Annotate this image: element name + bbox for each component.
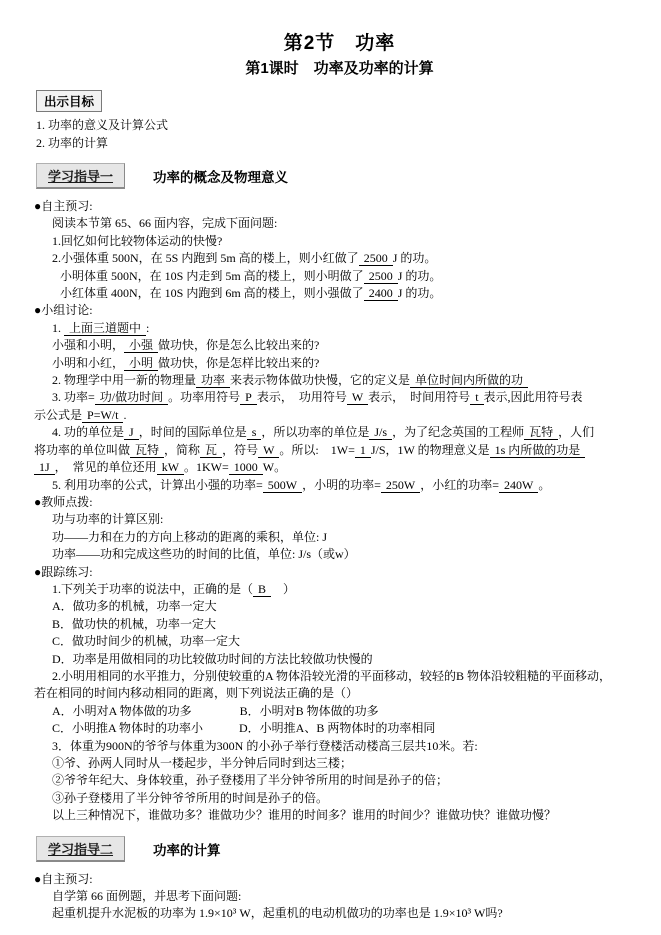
text-line: 4. 功的单位是J，时间的国际单位是s，所以功率的单位是J/s，为了纪念英国的工… [34, 424, 645, 441]
text-line: 若在相同的时间内移动相同的距离，则下列说法正确的是（） [34, 685, 645, 702]
blank-answer: 小明 [124, 356, 158, 371]
text-segment: ，为了纪念英国的工程师 [392, 425, 524, 439]
text-segment: : [146, 321, 149, 335]
text-line: 起重机提升水泥板的功率为 1.9×10³ W，起重机的电动机做功的功率也是 1.… [34, 905, 645, 922]
text-line: 1. 上面三道题中: [34, 320, 645, 337]
text-line: ③孙子登楼用了半分钟爷爷所用的时间是孙子的倍。 [34, 790, 645, 807]
blank-answer: 上面三道题中 [64, 321, 146, 336]
text-segment: ，时间的国际单位是 [139, 425, 247, 439]
text-segment: 3. 功率= [52, 390, 95, 404]
text-line: ②爷爷年纪大、身体较重，孙子登楼用了半分钟爷所用的时间是孙子的倍； [34, 772, 645, 789]
text-segment: 功与功率的计算区别: [52, 512, 163, 526]
text-segment: 表示， 功用符号 [257, 390, 347, 404]
text-segment: ●小组讨论: [34, 303, 93, 317]
blank-answer: 功率 [196, 373, 230, 388]
guide2-heading: 功率的计算 [153, 839, 221, 859]
goals-box-label: 出示目标 [36, 90, 102, 112]
text-segment: 1. [52, 321, 64, 335]
blank-answer: 单位时间内所做的功 [410, 373, 528, 388]
blank-answer: 小强 [124, 338, 158, 353]
text-segment: 2. 物理学中用一新的物理量 [52, 373, 196, 387]
text-line: 小强和小明，小强做功快，你是怎么比较出来的? [34, 337, 645, 354]
text-line: 小明和小红，小明做功快，你是怎样比较出来的? [34, 355, 645, 372]
page-subtitle: 第1课时 功率及功率的计算 [34, 57, 645, 78]
text-segment: 。 [538, 478, 550, 492]
text-line: 功率——功和完成这些功的时间的比值，单位: J/s（或w） [34, 546, 645, 563]
text-line: 2.小明用相同的水平推力，分别使较重的A 物体沿较光滑的平面移动，较轻的B 物体… [34, 668, 645, 685]
text-line: ●教师点拨: [34, 494, 645, 511]
text-segment: 将功率的单位叫做 [34, 443, 130, 457]
text-line: 2. 功率的计算 [36, 134, 645, 152]
blank-answer: P=W/t [82, 408, 123, 423]
text-line: ●小组讨论: [34, 302, 645, 319]
text-segment: 以上三种情况下，谁做功多？谁做功少？谁用的时间多？谁用的时间少？谁做功快？谁做功… [52, 808, 556, 822]
text-line: ●跟踪练习: [34, 564, 645, 581]
blank-answer: J/s [369, 425, 392, 440]
blank-answer: 1J [34, 460, 55, 475]
text-segment: 做功快，你是怎样比较出来的? [158, 356, 319, 370]
text-segment: ③孙子登楼用了半分钟爷爷所用的时间是孙子的倍。 [52, 791, 328, 805]
text-line: C．做功时间少的机械，功率一定大 [34, 633, 645, 650]
blank-answer: 瓦特 [524, 425, 558, 440]
blank-answer: 瓦 [200, 443, 222, 458]
text-segment: 小红体重 400N，在 10S 内跑到 6m 高的楼上，则小强做了 [60, 286, 364, 300]
guide1-box-label: 学习指导一 [36, 163, 125, 189]
text-segment: C．小明推A 物体时的功率小 D．小明推A、B 两物体时的功率相同 [52, 721, 435, 735]
text-line: 3．体重为900N的爷爷与体重为300N 的小孙子举行登楼活动楼高三层共10米。… [34, 738, 645, 755]
text-line: 自学第 66 面例题，并思考下面问题: [34, 888, 645, 905]
text-segment: ●自主预习: [34, 199, 93, 213]
text-segment: ①爷、孙两人同时从一楼起步，半分钟后同时到达三楼； [52, 756, 352, 770]
blank-answer: 2400 [364, 286, 398, 301]
text-segment: 功率——功和完成这些功的时间的比值，单位: J/s（或w） [52, 547, 356, 561]
text-segment: 4. 功的单位是 [52, 425, 124, 439]
text-segment: 示公式是 [34, 408, 82, 422]
text-segment: 2.小强体重 500N，在 5S 内跑到 5m 高的楼上，则小红做了 [52, 251, 359, 265]
text-line: C．小明推A 物体时的功率小 D．小明推A、B 两物体时的功率相同 [34, 720, 645, 737]
blank-answer: 2500 [364, 269, 398, 284]
text-line: 功——力和在力的方向上移动的距离的乘积，单位: J [34, 529, 645, 546]
text-line: 2. 物理学中用一新的物理量功率来表示物体做功快慢，它的定义是单位时间内所做的功 [34, 372, 645, 389]
text-segment: 做功快，你是怎么比较出来的? [158, 338, 319, 352]
blank-answer: W [347, 390, 368, 405]
text-line: 示公式是P=W/t. [34, 407, 645, 424]
text-segment: ，符号 [222, 443, 258, 457]
blank-answer: 2500 [359, 251, 393, 266]
text-line: A．做功多的机械，功率一定大 [34, 598, 645, 615]
blank-answer: W [258, 443, 279, 458]
text-segment: ●教师点拨: [34, 495, 93, 509]
worksheet-page: 第2节 功率 第1课时 功率及功率的计算 出示目标 1. 功率的意义及计算公式2… [0, 0, 661, 923]
text-segment: J 的功。 [398, 269, 442, 283]
blank-answer: 功/做功时间 [95, 390, 168, 405]
text-segment: ， 常见的单位还用 [55, 460, 157, 474]
text-segment: 功——力和在力的方向上移动的距离的乘积，单位: J [52, 530, 327, 544]
text-line: 阅读本节第 65、66 面内容，完成下面问题: [34, 215, 645, 232]
text-segment: A．做功多的机械，功率一定大 [52, 599, 217, 613]
text-segment: 3．体重为900N的爷爷与体重为300N 的小孙子举行登楼活动楼高三层共10米。… [52, 739, 478, 753]
guide1-header: 学习指导一 功率的概念及物理意义 [36, 163, 645, 189]
text-line: 1. 功率的意义及计算公式 [36, 116, 645, 134]
text-segment: C．做功时间少的机械，功率一定大 [52, 634, 240, 648]
text-line: A．小明对A 物体做的功多 B．小明对B 物体做的功多 [34, 703, 645, 720]
text-segment: ●跟踪练习: [34, 565, 93, 579]
text-line: B．做功快的机械，功率一定大 [34, 616, 645, 633]
text-segment: 若在相同的时间内移动相同的距离，则下列说法正确的是（） [34, 686, 358, 700]
blank-answer: 瓦特 [130, 443, 164, 458]
blank-answer: 250W [381, 478, 420, 493]
guide2-box-label: 学习指导二 [36, 836, 125, 862]
text-segment: 起重机提升水泥板的功率为 1.9×10³ W，起重机的电动机做功的功率也是 1.… [52, 906, 503, 920]
text-line: 5. 利用功率的公式，计算出小强的功率=500W，小明的功率=250W，小红的功… [34, 477, 645, 494]
blank-answer: B [253, 582, 271, 597]
text-segment: 小明和小红， [52, 356, 124, 370]
text-segment: 2.小明用相同的水平推力，分别使较重的A 物体沿较光滑的平面移动，较轻的B 物体… [52, 669, 611, 683]
text-segment: 5. 利用功率的公式，计算出小强的功率= [52, 478, 263, 492]
text-segment: 1.回忆如何比较物体运动的快慢? [52, 234, 222, 248]
text-segment: ②爷爷年纪大、身体较重，孙子登楼用了半分钟爷所用的时间是孙子的倍； [52, 773, 448, 787]
text-line: 以上三种情况下，谁做功多？谁做功少？谁用的时间多？谁用的时间少？谁做功快？谁做功… [34, 807, 645, 824]
text-segment: 1. 功率的意义及计算公式 [36, 118, 168, 132]
text-segment: ，小明的功率= [302, 478, 381, 492]
guide2-content: ●自主预习:自学第 66 面例题，并思考下面问题:起重机提升水泥板的功率为 1.… [34, 871, 645, 923]
blank-answer: t [470, 390, 483, 405]
page-title: 第2节 功率 [34, 28, 645, 55]
text-segment: 自学第 66 面例题，并思考下面问题: [52, 889, 241, 903]
text-line: ①爷、孙两人同时从一楼起步，半分钟后同时到达三楼； [34, 755, 645, 772]
text-segment: ，所以功率的单位是 [261, 425, 369, 439]
text-segment: W。 [263, 460, 286, 474]
text-line: 小红体重 400N，在 10S 内跑到 6m 高的楼上，则小强做了2400J 的… [34, 285, 645, 302]
text-segment: 小明体重 500N，在 10S 内走到 5m 高的楼上，则小明做了 [60, 269, 364, 283]
text-segment: . [123, 408, 126, 422]
text-segment: 2. 功率的计算 [36, 136, 108, 150]
text-line: ●自主预习: [34, 871, 645, 888]
text-segment: 。1KW= [184, 460, 229, 474]
blank-answer: s [247, 425, 262, 440]
blank-answer: 1s 内所做的功是 [490, 443, 586, 458]
text-segment: ） [271, 582, 295, 596]
blank-answer: 240W [499, 478, 538, 493]
blank-answer: 500W [263, 478, 302, 493]
text-segment: ●自主预习: [34, 872, 93, 886]
guide1-heading: 功率的概念及物理意义 [153, 166, 288, 186]
goals-list: 1. 功率的意义及计算公式2. 功率的计算 [36, 116, 645, 152]
blank-answer: 1000 [229, 460, 263, 475]
text-segment: 1.下列关于功率的说法中，正确的是（ [52, 582, 253, 596]
text-segment: 表示,因此用符号表 [484, 390, 583, 404]
text-segment: 阅读本节第 65、66 面内容，完成下面问题: [52, 216, 277, 230]
text-segment: 表示， 时间用符号 [368, 390, 470, 404]
text-segment: D．功率是用做相同的功比较做功时间的方法比较做功快慢的 [52, 652, 373, 666]
text-line: 3. 功率=功/做功时间。功率用符号P表示， 功用符号W表示， 时间用符号t表示… [34, 389, 645, 406]
blank-answer: J [124, 425, 139, 440]
text-segment: J 的功。 [398, 286, 442, 300]
text-line: 小明体重 500N，在 10S 内走到 5m 高的楼上，则小明做了2500J 的… [34, 268, 645, 285]
blank-answer: 1 [355, 443, 371, 458]
text-segment: ，小红的功率= [420, 478, 499, 492]
text-line: D．功率是用做相同的功比较做功时间的方法比较做功快慢的 [34, 651, 645, 668]
text-line: 1J， 常见的单位还用kW。1KW=1000W。 [34, 459, 645, 476]
guide1-content: ●自主预习:阅读本节第 65、66 面内容，完成下面问题:1.回忆如何比较物体运… [34, 198, 645, 825]
text-segment: A．小明对A 物体做的功多 B．小明对B 物体做的功多 [52, 704, 379, 718]
text-segment: ，简称 [164, 443, 200, 457]
text-segment: J 的功。 [393, 251, 437, 265]
text-line: 功与功率的计算区别: [34, 511, 645, 528]
blank-answer: kW [157, 460, 184, 475]
text-segment: 。所以: 1W= [279, 443, 354, 457]
text-segment: 。功率用符号 [168, 390, 240, 404]
text-segment: J/S，1W 的物理意义是 [371, 443, 490, 457]
text-segment: 来表示物体做功快慢，它的定义是 [230, 373, 410, 387]
text-line: 2.小强体重 500N，在 5S 内跑到 5m 高的楼上，则小红做了2500J … [34, 250, 645, 267]
text-line: 将功率的单位叫做瓦特，简称瓦，符号W。所以: 1W=1J/S，1W 的物理意义是… [34, 442, 645, 459]
text-line: 1.下列关于功率的说法中，正确的是（B ） [34, 581, 645, 598]
text-segment: B．做功快的机械，功率一定大 [52, 617, 216, 631]
guide2-header: 学习指导二 功率的计算 [36, 836, 645, 862]
text-line: ●自主预习: [34, 198, 645, 215]
text-line: 1.回忆如何比较物体运动的快慢? [34, 233, 645, 250]
text-segment: ，人们 [558, 425, 594, 439]
blank-answer: P [240, 390, 257, 405]
text-segment: 小强和小明， [52, 338, 124, 352]
